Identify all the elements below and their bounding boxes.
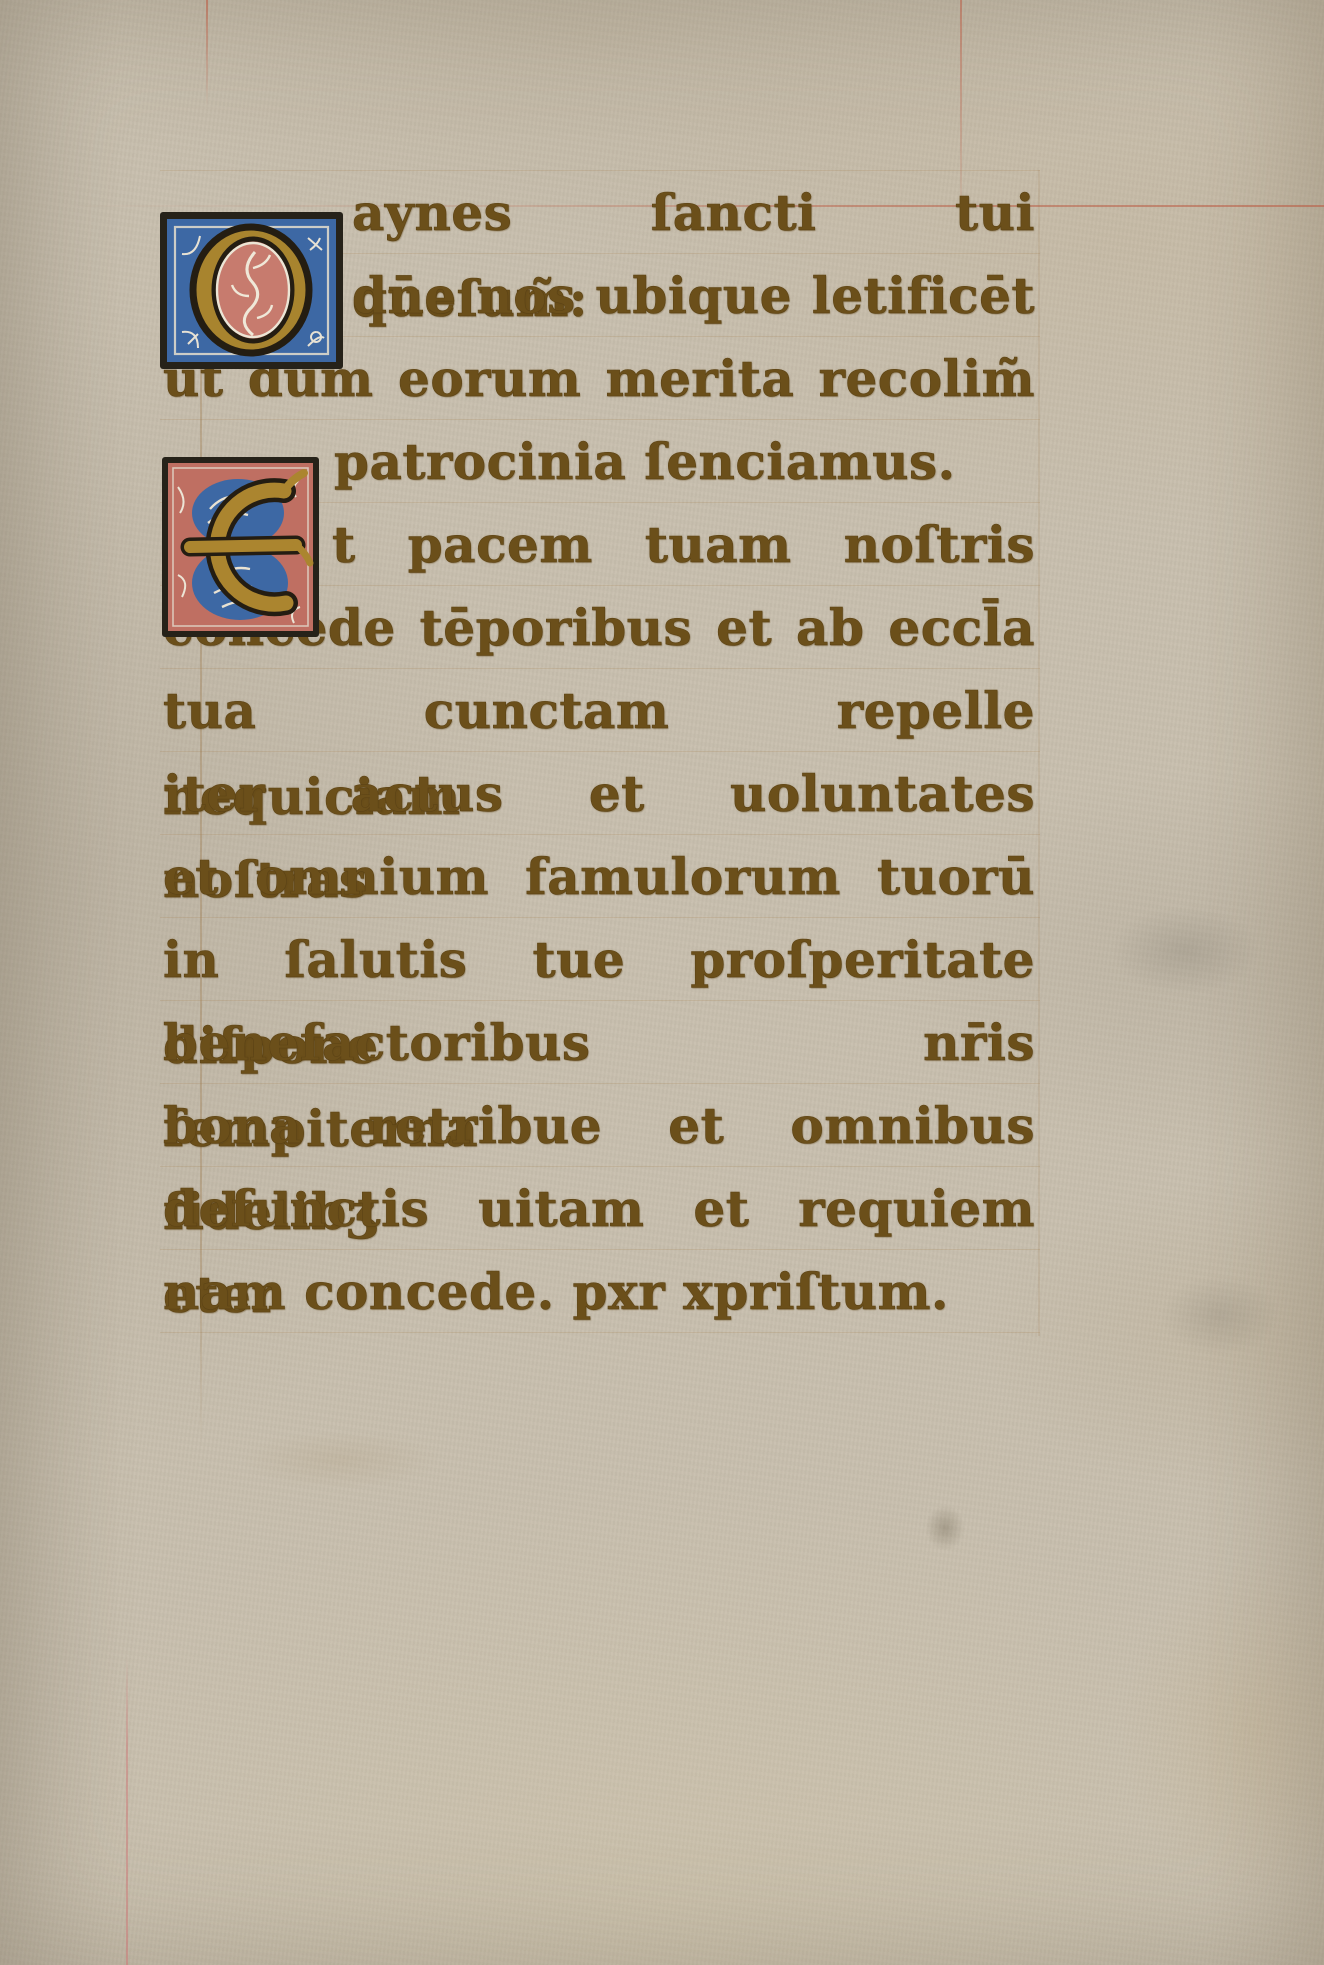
text-line: defunctis uitam et requiem eter — [163, 1166, 1035, 1249]
text-line: iter actus et uoluntates noſtras — [163, 751, 1035, 834]
parchment-stain — [1110, 905, 1260, 995]
text-line: patrocinia ſenciamus. — [334, 419, 956, 502]
parchment-stain — [1120, 1560, 1324, 1900]
text-line: aynes ſancti tui queſum̃: — [352, 170, 1035, 253]
initial-e-artwork — [160, 455, 322, 640]
text-line: et omnium famulorum tuorū — [163, 834, 1035, 917]
text-line: nam concede. pxr xpriſtum. — [163, 1249, 949, 1332]
parchment-stain — [240, 1430, 440, 1490]
text-line: bona retribue et omnibus fidelibʒ — [163, 1083, 1035, 1166]
text-line: benefactoribus nr̄is ſempiterna — [163, 1000, 1035, 1083]
ruling-line-vertical-top-left — [206, 0, 208, 108]
initial-o-artwork — [158, 210, 348, 373]
text-line: dn̄e nos ubique letificēt — [352, 253, 1035, 336]
ruling-line-vertical-bottom-left — [126, 1655, 128, 1965]
text-line: tua cunctam repelle nequiciam — [163, 668, 1035, 751]
parchment-stain — [925, 1505, 965, 1551]
parchment-stain — [1160, 1275, 1280, 1355]
text-line: in ſalutis tue proſperitate diſpone — [163, 917, 1035, 1000]
initial-O — [158, 210, 348, 377]
text-line: t pacem tuam noſtris — [332, 502, 1035, 585]
manuscript-page: aynes ſancti tui queſum̃: dn̄e nos ubiqu… — [0, 0, 1324, 1965]
initial-E — [160, 455, 322, 644]
